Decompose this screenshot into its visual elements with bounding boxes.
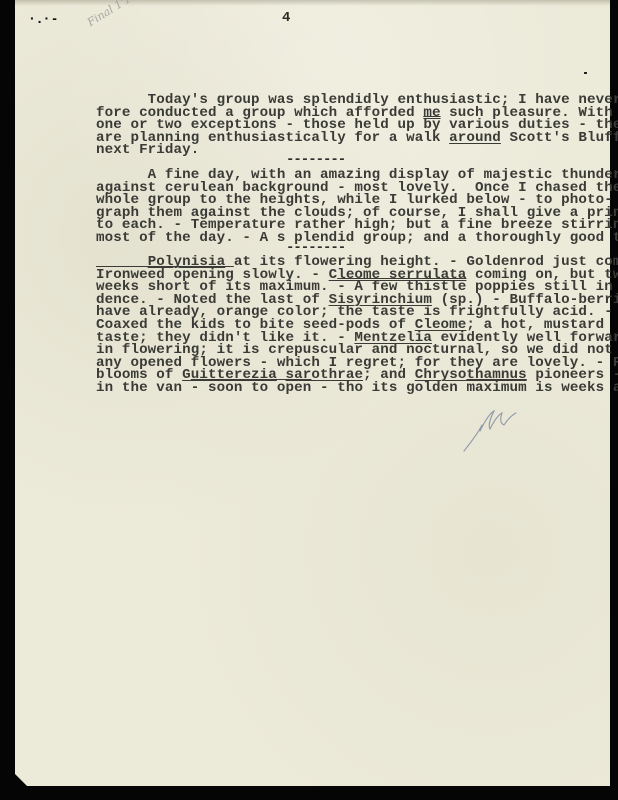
pencil-scribble: [460, 405, 530, 455]
text-line: in the van - soon to open - tho its gold…: [96, 382, 618, 395]
paragraph-1: Today's group was splendidly enthusiasti…: [96, 94, 113, 170]
text-line: next Friday.: [96, 144, 199, 157]
paragraph-3: Polynisia at its flowering height. - Gol…: [96, 256, 113, 407]
overlined-term: - soon to open: [191, 380, 312, 396]
overlined-term: maximum: [466, 380, 526, 396]
underlined-term: around: [449, 130, 501, 146]
paragraph-2: A fine day, with an amazing display of m…: [96, 169, 113, 257]
text-line: most of the day. - A s plendid group; an…: [96, 232, 618, 245]
ink-specks: ·.·-: [30, 10, 60, 26]
ink-speck: [584, 72, 587, 74]
separator: --------: [286, 152, 345, 168]
page-number: 4: [282, 10, 290, 26]
